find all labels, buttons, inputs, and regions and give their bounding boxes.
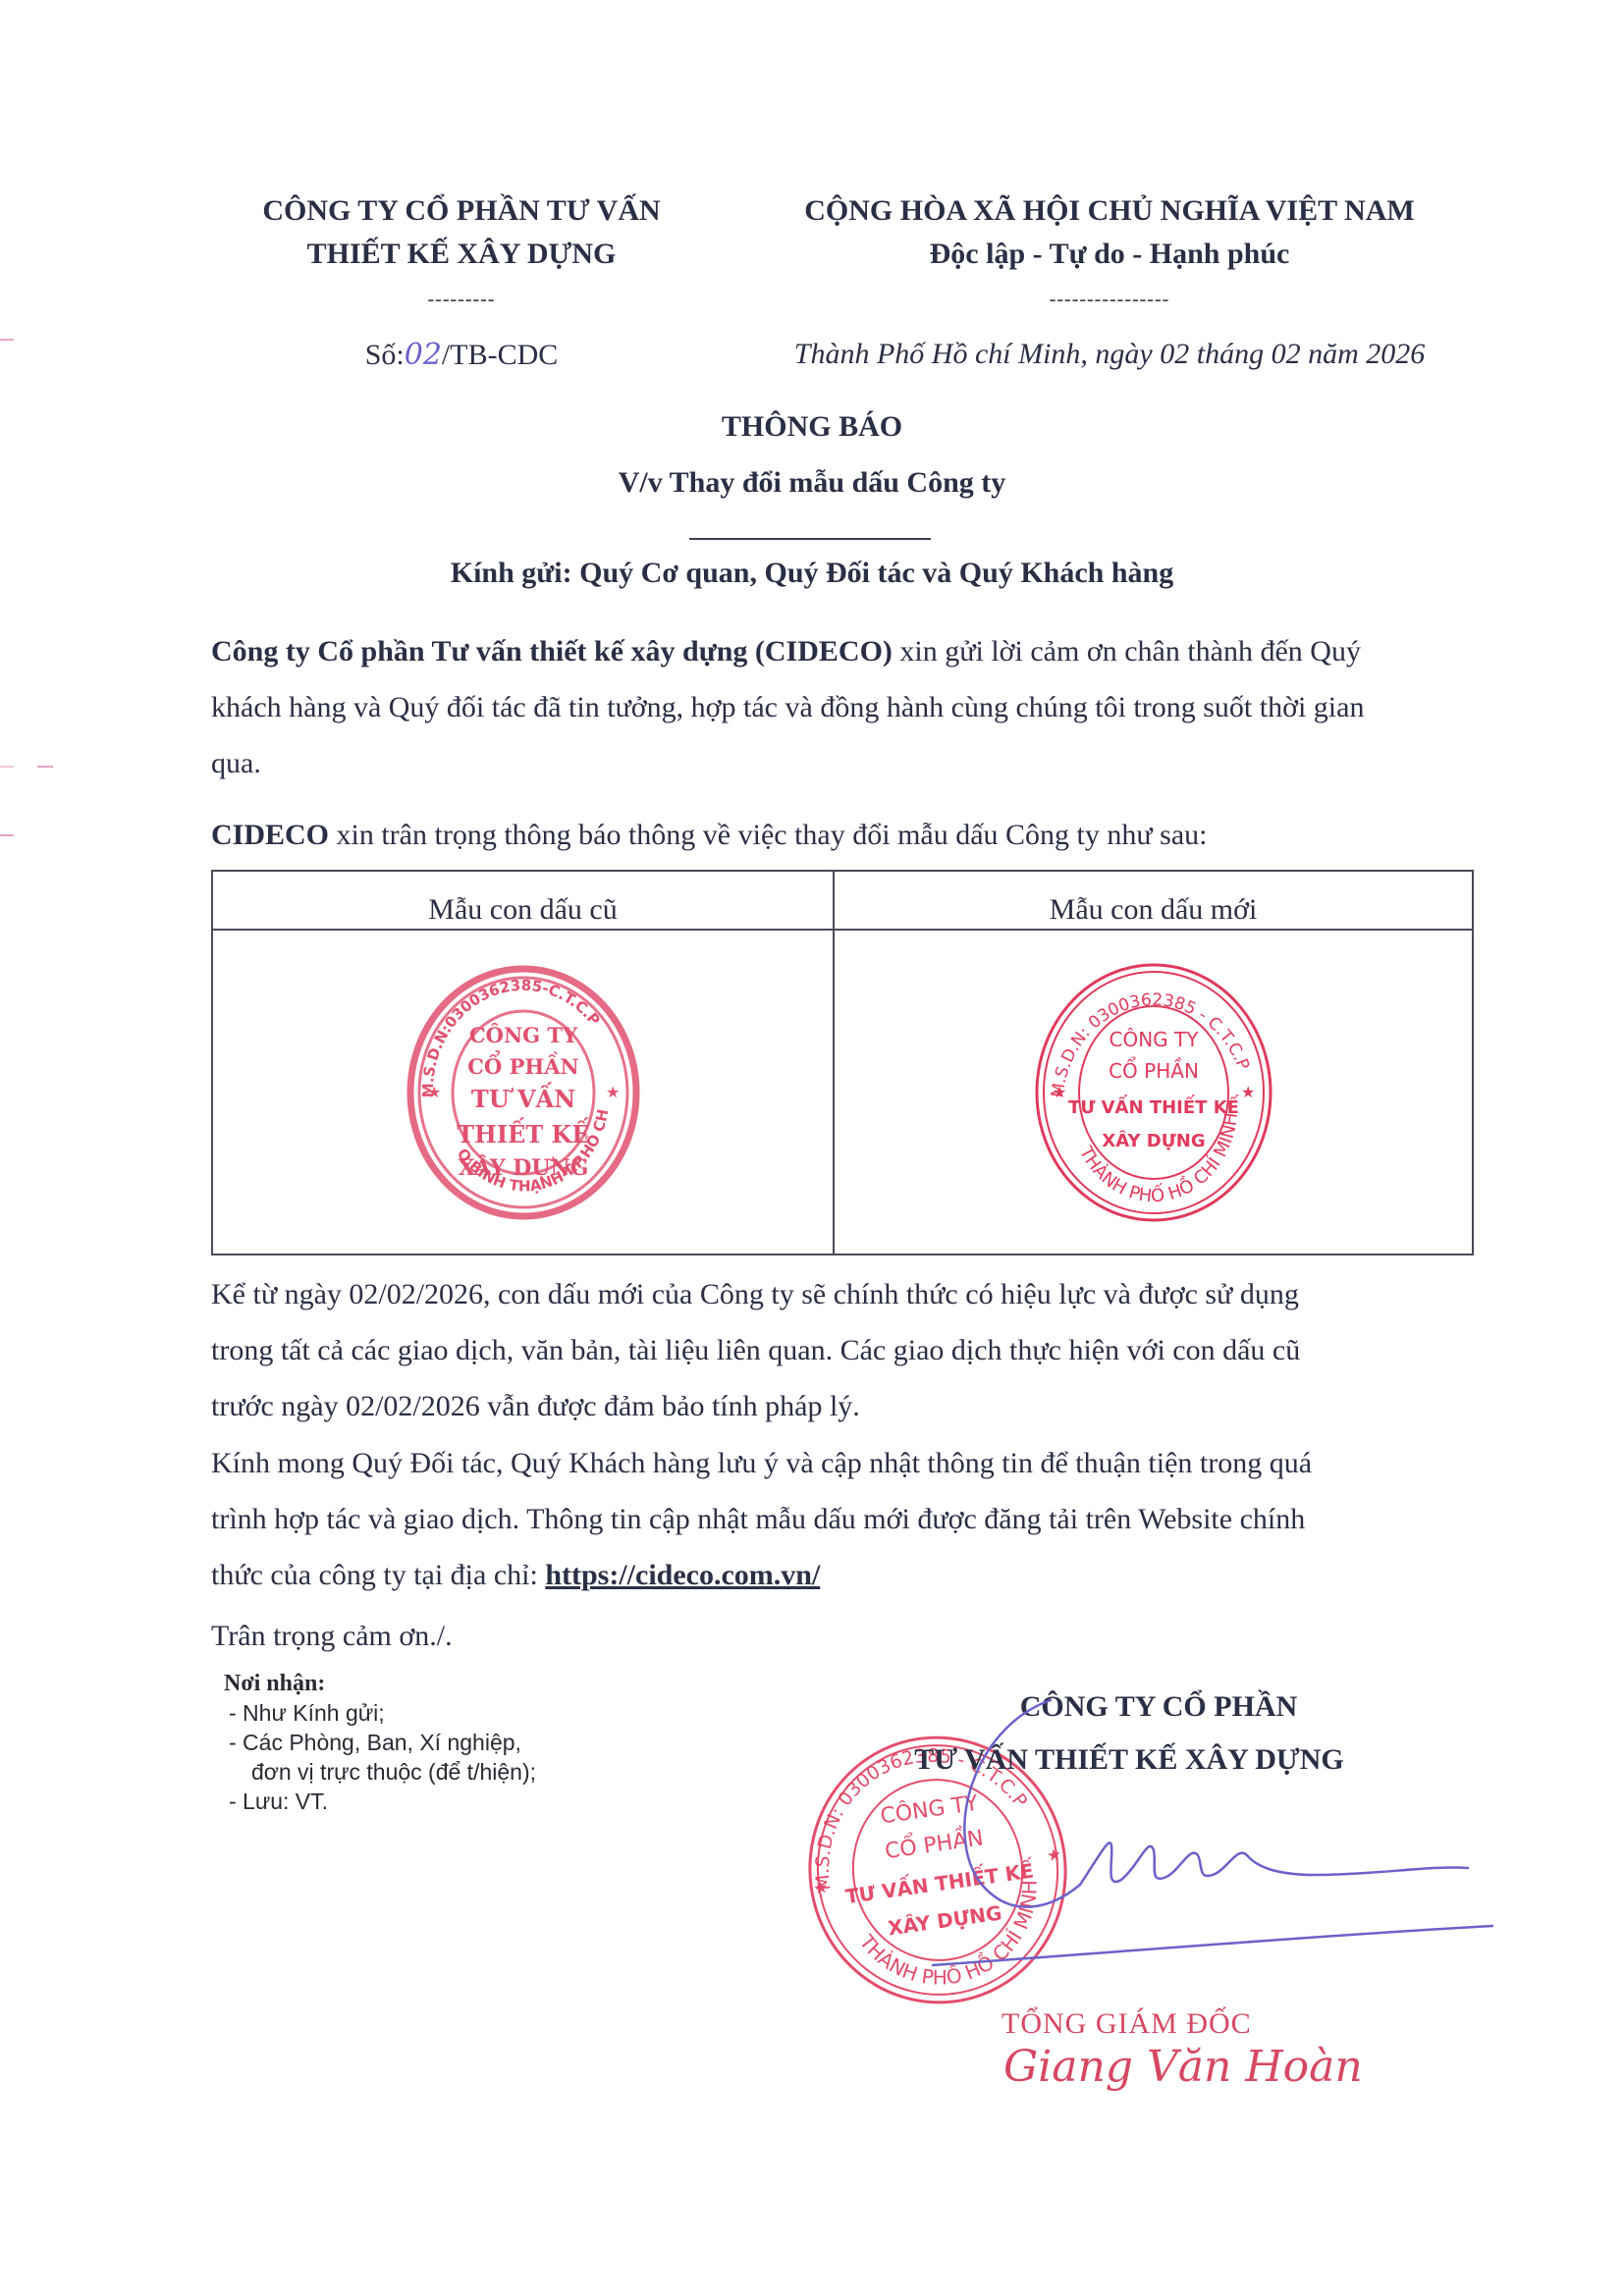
signer-name: Giang Văn Hoàn xyxy=(1003,2042,1363,2092)
doc-number-handwritten: 02 xyxy=(405,338,442,372)
recipient-item: - Lưu: VT. xyxy=(224,1787,536,1816)
national-title: CỘNG HÒA XÃ HỘI CHỦ NGHĨA VIỆT NAM Độc l… xyxy=(727,189,1492,309)
announcement-brand: CIDECO xyxy=(211,819,329,851)
stamp-comparison-table: Mẫu con dấu cũ Mẫu con dấu mới M.S.D. xyxy=(211,870,1474,1255)
greeting: Kính gửi: Quý Cơ quan, Quý Đối tác và Qu… xyxy=(0,557,1624,590)
announcement: CIDECO xin trân trọng thông báo thông về… xyxy=(211,807,1488,863)
new-stamp-header: Mẫu con dấu mới xyxy=(834,871,1473,930)
document-number: Số:02/TB-CDC xyxy=(196,338,727,372)
doc-number-suffix: /TB-CDC xyxy=(442,339,558,371)
recipient-item: đơn vị trực thuộc (để t/hiện); xyxy=(224,1757,536,1787)
intro-paragraph: Công ty Cổ phần Tư vấn thiết kế xây dựng… xyxy=(211,623,1488,791)
closing: Trân trọng cảm ơn./. xyxy=(211,1608,1488,1664)
place-date: Thành Phố Hồ chí Minh, ngày 02 tháng 02 … xyxy=(727,338,1492,371)
nation-line1: CỘNG HÒA XÃ HỘI CHỦ NGHĨA VIỆT NAM xyxy=(727,189,1492,233)
scan-mark xyxy=(37,766,53,768)
effective-paragraph: Kể từ ngày 02/02/2026, con dấu mới của C… xyxy=(211,1266,1488,1434)
svg-text:THIẾT KẾ: THIẾT KẾ xyxy=(457,1117,589,1148)
new-stamp-cell: M.S.D.N: 0300362385 - C.T.C.P THÀNH PHỐ … xyxy=(834,930,1473,1255)
svg-text:CÔNG TY: CÔNG TY xyxy=(468,1023,577,1047)
company-name-line1: CÔNG TY CỔ PHẦN TƯ VẤN xyxy=(196,189,727,233)
request-paragraph: Kính mong Quý Đối tác, Quý Khách hàng lư… xyxy=(211,1435,1488,1603)
new-seal-icon: M.S.D.N: 0300362385 - C.T.C.P THÀNH PHỐ … xyxy=(1031,960,1276,1225)
svg-text:CÔNG TY: CÔNG TY xyxy=(1109,1028,1199,1051)
old-seal-icon: M.S.D.N:0300362385-C.T.C.P Q.BÌNH THẠNH-… xyxy=(406,964,641,1221)
scan-mark xyxy=(0,766,14,768)
signature-stroke-icon xyxy=(903,1688,1551,1983)
company-name-line2: THIẾT KẾ XÂY DỰNG xyxy=(196,233,727,276)
recipient-item: - Các Phòng, Ban, Xí nghiệp, xyxy=(224,1728,536,1757)
doc-number-prefix: Số: xyxy=(365,339,405,371)
old-stamp-cell: M.S.D.N:0300362385-C.T.C.P Q.BÌNH THẠNH-… xyxy=(212,930,834,1255)
svg-text:XÂY DỰNG: XÂY DỰNG xyxy=(458,1154,588,1181)
svg-text:TƯ VẤN THIẾT KẾ: TƯ VẤN THIẾT KẾ xyxy=(1068,1095,1240,1118)
intro-company-name: Công ty Cổ phần Tư vấn thiết kế xây dựng… xyxy=(211,635,893,667)
website-link[interactable]: https://cideco.com.vn/ xyxy=(545,1559,820,1591)
recipients-label: Nơi nhận: xyxy=(224,1669,536,1698)
old-company-seal: M.S.D.N:0300362385-C.T.C.P Q.BÌNH THẠNH-… xyxy=(214,964,832,1221)
svg-text:★: ★ xyxy=(1241,1083,1255,1101)
issuing-company: CÔNG TY CỔ PHẦN TƯ VẤN THIẾT KẾ XÂY DỰNG… xyxy=(196,189,727,309)
svg-text:★: ★ xyxy=(812,1878,830,1899)
scan-mark xyxy=(0,339,14,341)
svg-text:XÂY DỰNG: XÂY DỰNG xyxy=(1102,1130,1205,1151)
scan-mark xyxy=(0,834,14,836)
document-title: THÔNG BÁO xyxy=(0,410,1624,444)
old-stamp-header: Mẫu con dấu cũ xyxy=(212,871,834,930)
document-subject: V/v Thay đổi mẫu dấu Công ty xyxy=(0,466,1624,500)
subject-underline xyxy=(689,538,931,540)
signer-position: TỔNG GIÁM ĐỐC xyxy=(1001,2007,1252,2041)
recipients-block: Nơi nhận: - Như Kính gửi; - Các Phòng, B… xyxy=(224,1669,536,1816)
new-company-seal: M.S.D.N: 0300362385 - C.T.C.P THÀNH PHỐ … xyxy=(836,960,1471,1225)
svg-text:TƯ VẤN: TƯ VẤN xyxy=(470,1082,574,1113)
nation-separator: ---------------- xyxy=(727,290,1492,309)
svg-text:★: ★ xyxy=(606,1083,620,1101)
recipient-item: - Như Kính gửi; xyxy=(224,1698,536,1728)
nation-motto: Độc lập - Tự do - Hạnh phúc xyxy=(727,233,1492,276)
svg-text:CỔ PHẦN: CỔ PHẦN xyxy=(1109,1057,1199,1083)
svg-text:★: ★ xyxy=(427,1083,441,1101)
company-separator: --------- xyxy=(196,290,727,309)
svg-text:CỔ PHẦN: CỔ PHẦN xyxy=(467,1050,578,1079)
svg-text:★: ★ xyxy=(1053,1083,1066,1101)
handwritten-signature xyxy=(903,1688,1551,1988)
